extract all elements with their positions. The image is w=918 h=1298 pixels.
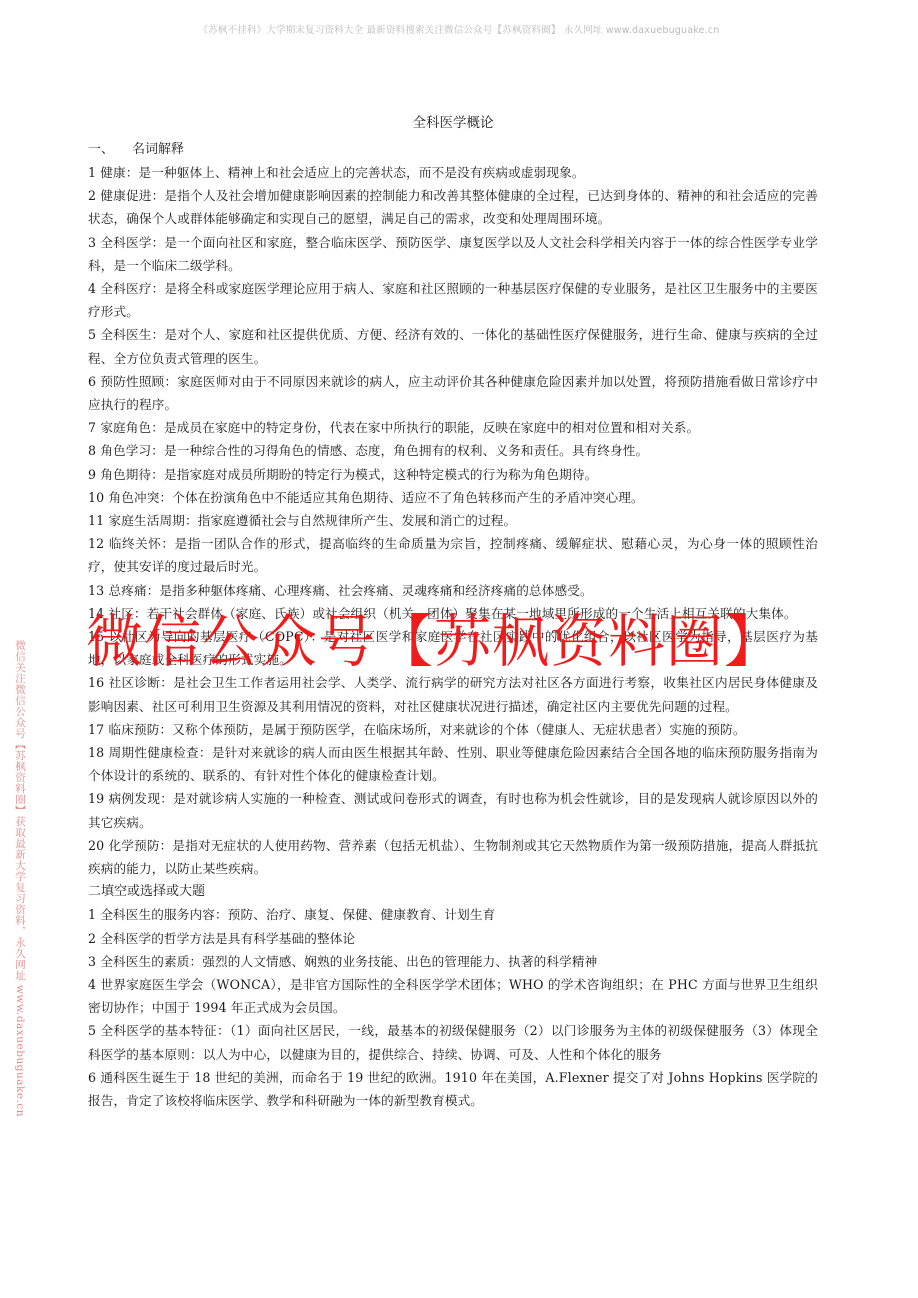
definition-item: 20 化学预防：是指对无症状的人使用药物、营养素（包括无机盐）、生物制剂或其它天… (88, 834, 818, 880)
section-heading-1: 一、名词解释 (88, 138, 818, 161)
definition-item: 11 家庭生活周期：指家庭遵循社会与自然规律所产生、发展和消亡的过程。 (88, 509, 818, 532)
definition-item: 9 角色期待：是指家庭对成员所期盼的特定行为模式，这种特定模式的行为称为角色期待… (88, 463, 818, 486)
definition-item: 18 周期性健康检查：是针对来就诊的病人而由医生根据其年龄、性别、职业等健康危险… (88, 741, 818, 787)
definition-item: 19 病例发现：是对就诊病人实施的一种检查、测试或问卷形式的调查，有时也称为机会… (88, 787, 818, 833)
definition-item: 17 临床预防：又称个体预防，是属于预防医学，在临床场所，对来就诊的个体（健康人… (88, 718, 818, 741)
overlay-watermark: 微信公众号【苏枫资料圈】 (86, 608, 826, 676)
header-banner: 《苏枫不挂科》大学期末复习资料大全 最新资料搜索关注微信公众号【苏枫资料圈】 永… (0, 22, 918, 36)
definition-item: 7 家庭角色：是成员在家庭中的特定身份，代表在家中所执行的职能，反映在家庭中的相… (88, 416, 818, 439)
definition-item: 2 健康促进：是指个人及社会增加健康影响因素的控制能力和改善其整体健康的全过程，… (88, 184, 818, 230)
question-item: 1 全科医生的服务内容：预防、治疗、康复、保健、健康教育、计划生育 (88, 903, 818, 926)
question-item: 2 全科医学的哲学方法是具有科学基础的整体论 (88, 927, 818, 950)
section-heading-2: 二填空或选择或大题 (88, 880, 818, 903)
section-number: 一、 (88, 138, 132, 161)
definition-item: 1 健康：是一种躯体上、精神上和社会适应上的完善状态，而不是没有疾病或虚弱现象。 (88, 161, 818, 184)
question-item: 5 全科医学的基本特征：（1）面向社区居民，一线，最基本的初级保健服务（2）以门… (88, 1019, 818, 1065)
definition-item: 16 社区诊断：是社会卫生工作者运用社会学、人类学、流行病学的研究方法对社区各方… (88, 671, 818, 717)
side-watermark: 微信关注微信公众号【苏枫资料圈】获取最新大学复习资料，永久网址 www.daxu… (14, 640, 28, 1117)
document-title: 全科医学概论 (88, 114, 818, 132)
definition-item: 8 角色学习：是一种综合性的习得角色的情感、态度，角色拥有的权利、义务和责任。具… (88, 439, 818, 462)
question-item: 6 通科医生诞生于 18 世纪的美洲，而命名于 19 世纪的欧洲。1910 年在… (88, 1066, 818, 1112)
definition-item: 13 总疼痛：是指多种躯体疼痛、心理疼痛、社会疼痛、灵魂疼痛和经济疼痛的总体感受… (88, 579, 818, 602)
definition-item: 6 预防性照顾：家庭医师对由于不同原因来就诊的病人，应主动评价其各种健康危险因素… (88, 370, 818, 416)
section-title: 名词解释 (132, 142, 184, 157)
definition-item: 4 全科医疗：是将全科或家庭医学理论应用于病人、家庭和社区照顾的一种基层医疗保健… (88, 277, 818, 323)
definition-item: 12 临终关怀：是指一团队合作的形式，提高临终的生命质量为宗旨，控制疼痛、缓解症… (88, 532, 818, 578)
question-item: 3 全科医生的素质：强烈的人文情感、娴熟的业务技能、出色的管理能力、执著的科学精… (88, 950, 818, 973)
question-item: 4 世界家庭医生学会（WONCA），是非官方国际性的全科医学学术团体；WHO 的… (88, 973, 818, 1019)
definition-item: 10 角色冲突：个体在扮演角色中不能适应其角色期待、适应不了角色转移而产生的矛盾… (88, 486, 818, 509)
definition-item: 3 全科医学：是一个面向社区和家庭，整合临床医学、预防医学、康复医学以及人文社会… (88, 231, 818, 277)
definition-item: 5 全科医生：是对个人、家庭和社区提供优质、方便、经济有效的、一体化的基础性医疗… (88, 323, 818, 369)
